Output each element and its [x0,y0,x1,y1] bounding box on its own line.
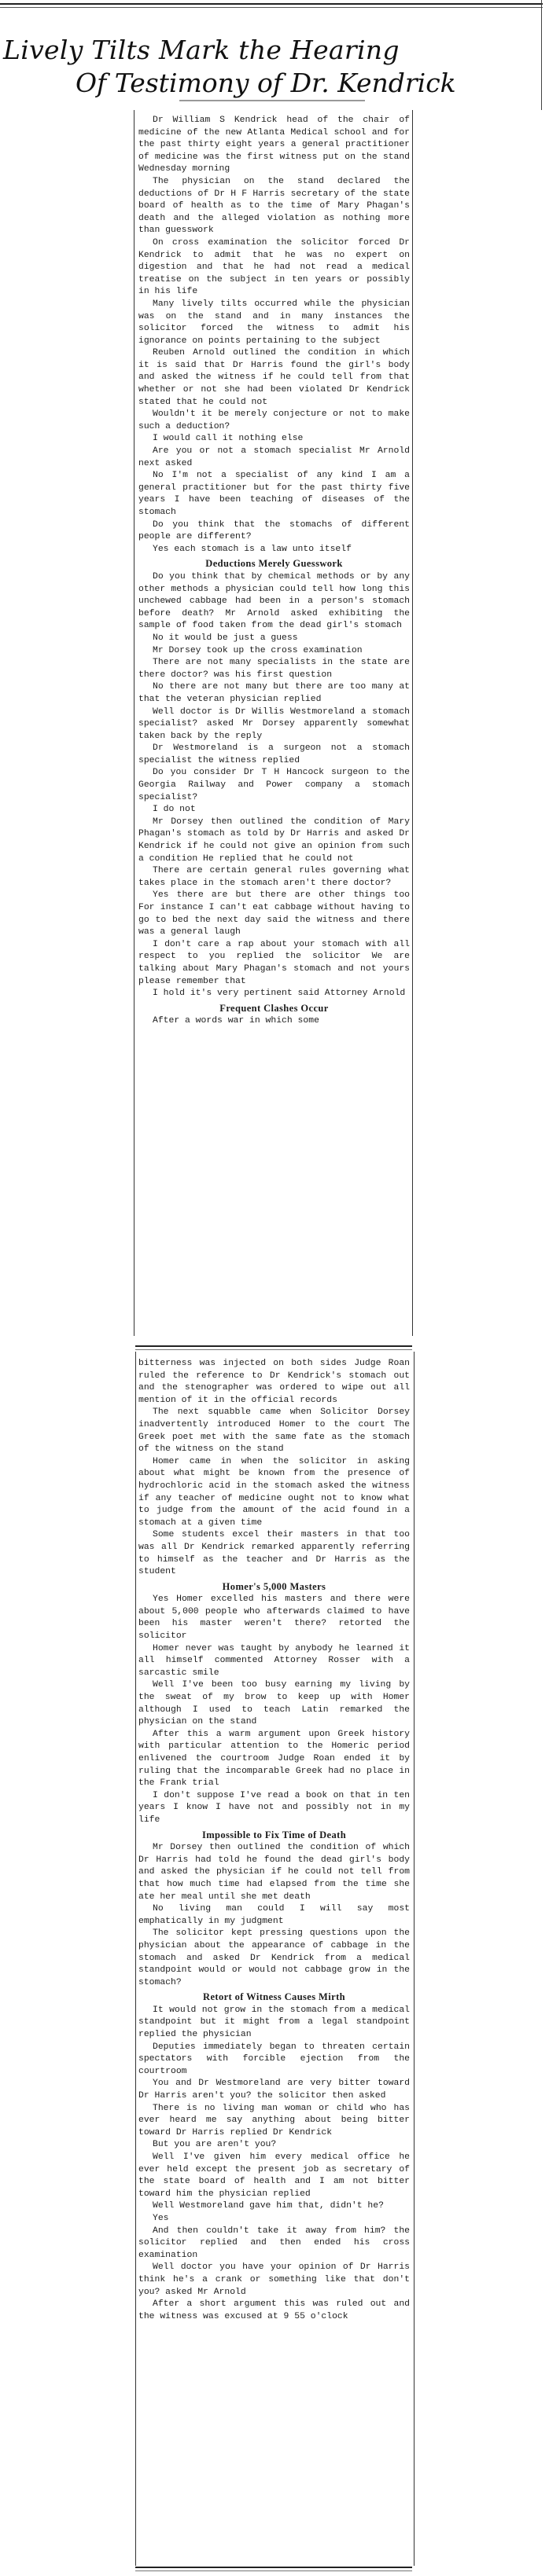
paragraph: No it would be just a guess [138,633,410,645]
column-rule-right [414,1352,415,2566]
paragraph: After a short argument this was ruled ou… [138,2299,410,2323]
paragraph: I don't care a rap about your stomach wi… [138,939,410,988]
paragraph-group: After a words war in which some [138,1015,410,1028]
paragraph: Well Westmoreland gave him that, didn't … [138,2200,410,2213]
paragraph: Dr William S Kendrick head of the chair … [138,115,410,176]
bottom-rule [135,2567,412,2571]
headline: Lively Tilts Mark the Hearing Of Testimo… [3,34,546,100]
paragraph: Yes Homer excelled his masters and there… [138,1594,410,1642]
paragraph: I don't suppose I've read a book on that… [138,1790,410,1827]
article-column-a: Dr William S Kendrick head of the chair … [138,115,410,1028]
paragraph-group: It would not grow in the stomach from a … [138,2005,410,2323]
paragraph: Some students excel their masters in tha… [138,1529,410,1578]
subheading: Impossible to Fix Time of Death [138,1829,410,1842]
paragraph-group: Mr Dorsey then outlined the condition of… [138,1842,410,1989]
paragraph: Homer came in when the solicitor in aski… [138,1456,410,1530]
paragraph: Dr Westmoreland is a surgeon not a stoma… [138,743,410,767]
paragraph-group: Yes Homer excelled his masters and there… [138,1594,410,1826]
paragraph: The physician on the stand declared the … [138,176,410,237]
paragraph: After a words war in which some [138,1015,410,1028]
paragraph: Do you think that by chemical methods or… [138,571,410,633]
headline-line-2: Of Testimony of Dr. Kendrick [3,67,546,100]
paragraph: The next squabble came when Solicitor Do… [138,1407,410,1455]
paragraph: Do you consider Dr T H Hancock surgeon t… [138,767,410,804]
paragraph-group: Dr William S Kendrick head of the chair … [138,115,410,556]
top-rule [0,3,543,8]
column-rule-right [412,110,413,1336]
headline-rule [179,100,365,101]
paragraph: But you are aren't you? [138,2139,410,2152]
subheading: Homer's 5,000 Masters [138,1581,410,1594]
paragraph-group: Do you think that by chemical methods or… [138,571,410,1000]
paragraph-group: bitterness was injected on both sides Ju… [138,1358,410,1579]
paragraph: There is no living man woman or child wh… [138,2103,410,2140]
paragraph: No living man could I will say most emph… [138,1903,410,1928]
paragraph: bitterness was injected on both sides Ju… [138,1358,410,1407]
paragraph: It would not grow in the stomach from a … [138,2005,410,2042]
paragraph: Well doctor you have your opinion of Dr … [138,2262,410,2299]
paragraph: On cross examination the solicitor force… [138,237,410,299]
paragraph: I hold it's very pertinent said Attorney… [138,988,410,1000]
column-rule-left [134,110,134,1336]
paragraph: The solicitor kept pressing questions up… [138,1928,410,1989]
paragraph: After this a warm argument upon Greek hi… [138,1729,410,1790]
paragraph: Deputies immediately began to threaten c… [138,2042,410,2079]
paragraph: No there are not many but there are too … [138,681,410,706]
paragraph: You and Dr Westmoreland are very bitter … [138,2078,410,2102]
paragraph: Well I've given him every medical office… [138,2152,410,2200]
subheading: Retort of Witness Causes Mirth [138,1991,410,2004]
column-rule-left [135,1352,136,2566]
paragraph: I do not [138,804,410,816]
paragraph: Mr Dorsey took up the cross examination [138,645,410,658]
paragraph: Reuben Arnold outlined the condition in … [138,347,410,409]
paragraph: And then couldn't take it away from him?… [138,2226,410,2262]
column-break-rule [135,1345,412,1350]
subheading: Frequent Clashes Occur [138,1003,410,1015]
paragraph: Yes each stomach is a law unto itself [138,544,410,556]
paragraph: Homer never was taught by anybody he lea… [138,1643,410,1680]
paragraph: Wouldn't it be merely conjecture or not … [138,409,410,433]
paragraph: Mr Dorsey then outlined the condition of… [138,1842,410,1903]
paragraph: No I'm not a specialist of any kind I am… [138,470,410,519]
paragraph: I would call it nothing else [138,433,410,446]
paragraph: There are certain general rules governin… [138,865,410,890]
paragraph: Yes there are but there are other things… [138,890,410,938]
paragraph: There are not many specialists in the st… [138,657,410,681]
paragraph: Are you or not a stomach specialist Mr A… [138,446,410,470]
paragraph: Well doctor is Dr Willis Westmoreland a … [138,706,410,743]
paragraph: Mr Dorsey then outlined the condition of… [138,816,410,865]
paragraph: Yes [138,2213,410,2226]
paragraph: Well I've been too busy earning my livin… [138,1679,410,1728]
subheading: Deductions Merely Guesswork [138,558,410,571]
headline-line-1: Lively Tilts Mark the Hearing [3,34,546,67]
paragraph: Do you think that the stomachs of differ… [138,519,410,544]
article-column-b: bitterness was injected on both sides Ju… [138,1358,410,2323]
paragraph: Many lively tilts occurred while the phy… [138,299,410,347]
